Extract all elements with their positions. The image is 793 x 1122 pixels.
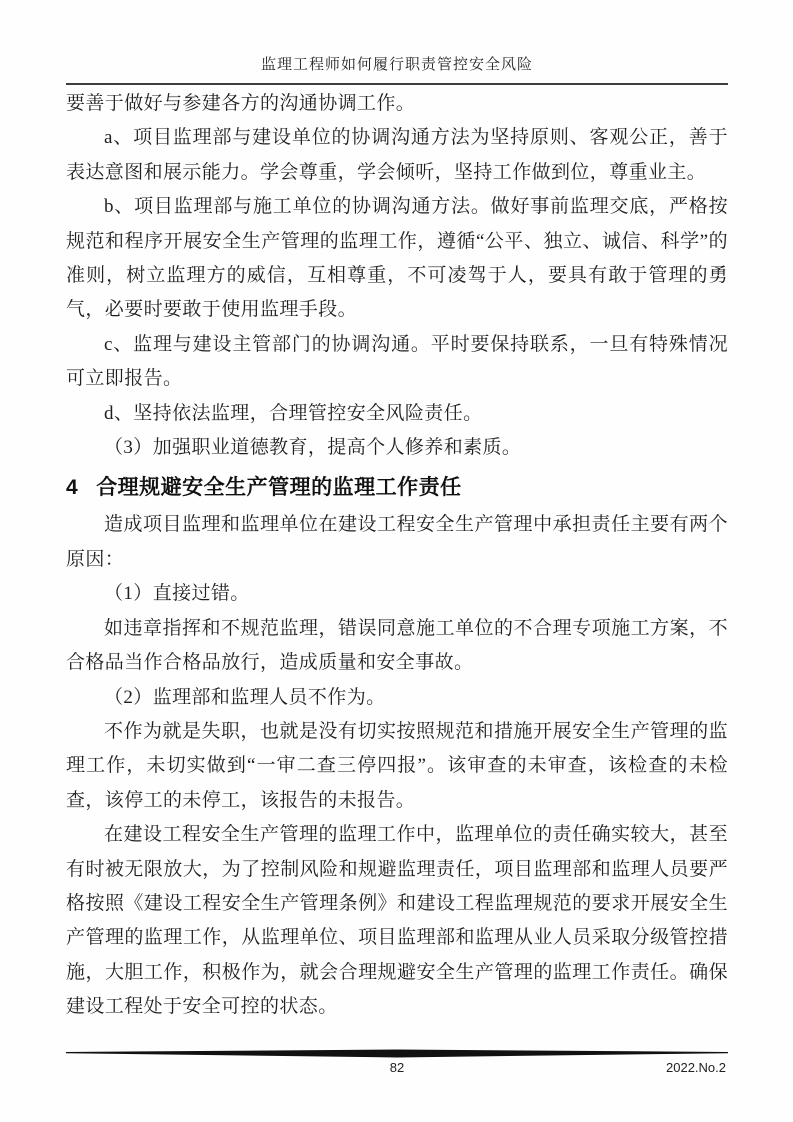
- page-content: 监理工程师如何履行职责管控安全风险 要善于做好与参建各方的沟通协调工作。 a、项…: [66, 0, 728, 1025]
- running-header-title: 监理工程师如何履行职责管控安全风险: [66, 0, 728, 85]
- section-title: 合理规避安全生产管理的监理工作责任: [96, 476, 462, 499]
- paragraph: 不作为就是失职，也就是没有切实按照规范和措施开展安全生产管理的监理工作，未切实做…: [66, 715, 728, 818]
- paragraph: 要善于做好与参建各方的沟通协调工作。: [66, 87, 728, 121]
- paragraph: c、监理与建设主管部门的协调沟通。平时要保持联系，一旦有特殊情况可立即报告。: [66, 328, 728, 397]
- issue-label: 2022.No.2: [666, 1060, 726, 1075]
- section-heading: 4合理规避安全生产管理的监理工作责任: [66, 473, 728, 503]
- section-number: 4: [66, 473, 78, 503]
- document-page: 监理工程师如何履行职责管控安全风险 要善于做好与参建各方的沟通协调工作。 a、项…: [0, 0, 793, 1122]
- footer-rule-bar: [66, 1049, 728, 1058]
- paragraph: b、项目监理部与施工单位的协调沟通方法。做好事前监理交底，严格按规范和程序开展安…: [66, 190, 728, 328]
- paragraph: a、项目监理部与建设单位的协调沟通方法为坚持原则、客观公正，善于表达意图和展示能…: [66, 121, 728, 190]
- paragraph: 造成项目监理和监理单位在建设工程安全生产管理中承担责任主要有两个原因：: [66, 508, 728, 577]
- paragraph: （1）直接过错。: [66, 577, 728, 611]
- page-footer: 82 2022.No.2: [66, 1049, 728, 1080]
- paragraph: （3）加强职业道德教育，提高个人修养和素质。: [66, 431, 728, 465]
- article-body: 要善于做好与参建各方的沟通协调工作。 a、项目监理部与建设单位的协调沟通方法为坚…: [66, 85, 728, 1025]
- paragraph: （2）监理部和监理人员不作为。: [66, 681, 728, 715]
- paragraph: 如违章指挥和不规范监理，错误同意施工单位的不合理专项施工方案，不合格品当作合格品…: [66, 612, 728, 681]
- paragraph: 在建设工程安全生产管理的监理工作中，监理单位的责任确实较大，甚至有时被无限放大，…: [66, 818, 728, 1024]
- page-number: 82: [66, 1060, 728, 1075]
- paragraph: d、坚持依法监理，合理管控安全风险责任。: [66, 397, 728, 431]
- footer-text-row: 82 2022.No.2: [66, 1060, 728, 1080]
